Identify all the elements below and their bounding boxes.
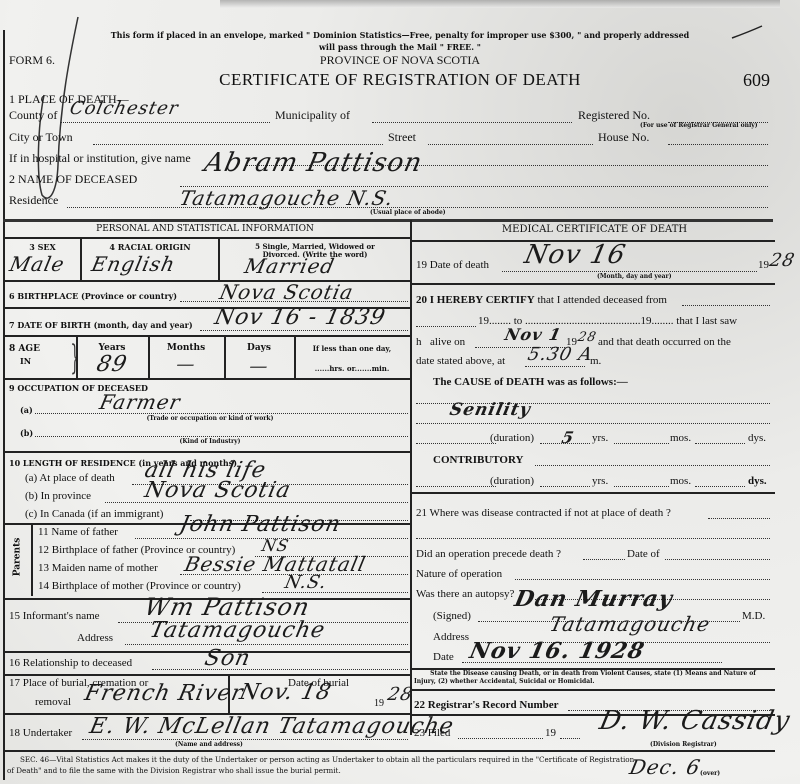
sec-46-line-2: of Death" and to file the same with the … <box>7 766 341 775</box>
father-value[interactable]: John Pattison <box>177 512 343 537</box>
mother-label: 13 Maiden name of mother <box>38 562 158 574</box>
death-date-value[interactable]: Nov 16 <box>522 240 629 270</box>
duration-dys: dys. <box>748 432 766 444</box>
street-label: Street <box>388 130 416 145</box>
occupation-a-label: (a) <box>20 405 33 415</box>
municipality-label: Municipality of <box>275 108 350 123</box>
duration-mos: mos. <box>670 432 691 444</box>
signed-label: (Signed) <box>433 610 471 622</box>
occupation-a-note: (Trade or occupation or kind of work) <box>60 415 360 422</box>
duration-value[interactable]: 5 <box>560 428 576 447</box>
less-than-day-label: If less than one day, <box>296 344 408 353</box>
sex-value[interactable]: Male <box>7 252 67 276</box>
hrs-min-label: ......hrs. or.......min. <box>296 364 408 373</box>
relationship-label: 16 Relationship to deceased <box>9 657 132 669</box>
undertaker-value[interactable]: E. W. McLellan Tatamagouche <box>87 714 456 739</box>
filed-year-prefix: 19 <box>545 727 556 739</box>
alive-suffix: and that death occurred on the <box>598 336 731 348</box>
certificate-date-label: Date <box>433 651 454 663</box>
birthplace-label: 6 BIRTHPLACE (Province or country) <box>9 291 177 301</box>
postal-note-line-2: will pass through the Mail " FREE. " <box>60 42 740 52</box>
alive-on-value[interactable]: Nov 1 <box>503 325 563 344</box>
record-number-label: 22 Registrar's Record Number <box>414 699 559 711</box>
age-label: 8 AGE <box>9 344 40 354</box>
age-months-value[interactable]: — <box>146 354 226 375</box>
certify-bold: 20 I HEREBY CERTIFY <box>416 294 535 306</box>
age-years-value[interactable]: 89 <box>73 352 150 377</box>
registrar-note: (For use of Registrar General only) <box>640 122 758 129</box>
nature-operation-label: Nature of operation <box>416 568 502 580</box>
death-date-label: 19 Date of death <box>416 259 489 271</box>
burial-place-value[interactable]: French River <box>82 681 245 706</box>
informant-label: 15 Informant's name <box>9 610 100 622</box>
page-title: CERTIFICATE OF REGISTRATION OF DEATH <box>150 70 650 90</box>
alive-prefix: h <box>416 336 422 348</box>
marital-status-value[interactable]: Married <box>242 254 337 278</box>
column-divider <box>410 220 412 735</box>
mother-value[interactable]: Bessie Mattatall <box>182 552 368 576</box>
residence-value[interactable]: Tatamagouche N.S. <box>177 186 396 210</box>
burial-date-value[interactable]: Nov. 18 <box>237 680 334 705</box>
contributory-label: CONTRIBUTORY <box>433 454 523 466</box>
disease-note-line-2: Injury, (2) whether Accidental, Suicidal… <box>414 678 594 685</box>
certificate-number: 609 <box>743 70 770 91</box>
in-canada-label: (c) In Canada (if an immigrant) <box>25 508 163 520</box>
months-label: Months <box>148 343 224 353</box>
scan-shadow <box>220 0 780 8</box>
parents-label: Parents <box>12 538 22 577</box>
in-province-label: (b) In province <box>25 490 91 502</box>
medical-heading: MEDICAL CERTIFICATE OF DEATH <box>412 224 777 235</box>
contrib-yrs: yrs. <box>592 475 608 487</box>
operation-date-label: Date of <box>627 548 660 560</box>
contrib-mos: mos. <box>670 475 691 487</box>
registrar-note: (Division Registrar) <box>650 741 717 748</box>
contrib-dys: dys. <box>748 475 767 487</box>
burial-removal-label: removal <box>35 696 71 708</box>
certify-rest: that I attended deceased from <box>535 294 667 306</box>
death-date-note: (Month, day and year) <box>597 273 672 280</box>
in-province-value[interactable]: Nova Scotia <box>142 478 293 503</box>
registrar-signature[interactable]: D. W. Cassidy <box>597 706 793 736</box>
time-value[interactable]: 5.30 A <box>526 344 595 365</box>
undertaker-label: 18 Undertaker <box>9 727 72 739</box>
county-label: County of <box>9 108 57 123</box>
age-days-value[interactable]: — <box>222 356 296 377</box>
alive-on-label: alive on <box>430 336 465 348</box>
mother-birthplace-label: 14 Birthplace of mother (Province or cou… <box>38 580 241 592</box>
days-label: Days <box>224 343 294 353</box>
city-label: City or Town <box>9 130 73 145</box>
hospital-label: If in hospital or institution, give name <box>9 151 191 166</box>
time-suffix: m. <box>590 355 601 367</box>
autopsy-label: Was there an autopsy? <box>416 588 514 600</box>
age-in-label: IN <box>20 356 31 366</box>
county-value[interactable]: Colchester <box>68 98 181 119</box>
deceased-name-label: 2 NAME OF DECEASED <box>9 172 137 187</box>
residence-note: (Usual place of abode) <box>370 209 446 216</box>
birthplace-value[interactable]: Nova Scotia <box>217 280 356 304</box>
dob-value[interactable]: Nov 16 - 1839 <box>212 305 388 330</box>
residence-label: Residence <box>9 193 58 208</box>
occupation-value[interactable]: Farmer <box>97 390 182 414</box>
md-label: M.D. <box>742 610 765 622</box>
time-label: date stated above, at <box>416 355 505 367</box>
relationship-value[interactable]: Son <box>202 646 253 671</box>
duration-label: (duration) <box>490 432 534 444</box>
alive-year-value[interactable]: 28 <box>576 330 598 345</box>
informant-value[interactable]: Wm Pattison <box>142 593 313 621</box>
burial-year-value[interactable]: 28 <box>386 684 415 705</box>
over-label: (over) <box>700 770 720 777</box>
physician-address-label: Address <box>433 631 469 643</box>
certify-statement: 20 I HEREBY CERTIFY that I attended dece… <box>416 294 667 306</box>
informant-address-label: Address <box>77 632 113 644</box>
racial-origin-value[interactable]: English <box>89 252 177 276</box>
left-border <box>3 30 5 780</box>
cause-label: The CAUSE of DEATH was as follows:— <box>433 376 628 388</box>
house-no-label: House No. <box>598 130 649 145</box>
form-number: FORM 6. <box>9 53 55 68</box>
undertaker-note: (Name and address) <box>175 741 243 748</box>
occupation-b-note: (Kind of Industry) <box>60 438 360 445</box>
certificate-date-value[interactable]: Nov 16. 1928 <box>467 638 647 664</box>
postal-note-line-1: This form if placed in an envelope, mark… <box>60 30 740 40</box>
sec-46-line-1: SEC. 46—Vital Statistics Act makes it th… <box>20 755 634 764</box>
filed-label: 23 Filed <box>414 727 450 739</box>
mother-birthplace-value[interactable]: N.S. <box>283 572 329 593</box>
duration-yrs: yrs. <box>592 432 608 444</box>
sex-label: 3 SEX <box>5 242 80 252</box>
personal-heading: PERSONAL AND STATISTICAL INFORMATION <box>5 224 405 234</box>
registered-no-label: Registered No. <box>578 108 650 123</box>
cause-value[interactable]: Senility <box>448 400 533 420</box>
contracted-label: 21 Where was disease contracted if not a… <box>416 507 671 519</box>
deceased-name-value[interactable]: Abram Pattison <box>202 148 425 178</box>
contrib-duration-label: (duration) <box>490 475 534 487</box>
physician-address-value[interactable]: Tatamagouche <box>547 612 712 636</box>
disease-note-line-1: State the Disease causing Death, or in d… <box>412 670 774 677</box>
burial-year-prefix: 19 <box>374 698 384 709</box>
at-place-label: (a) At place of death <box>25 472 115 484</box>
physician-signature[interactable]: Dan Murray <box>512 586 675 612</box>
registrar-initials: Dec. 6 <box>627 755 703 779</box>
province-name: PROVINCE OF NOVA SCOTIA <box>250 53 550 68</box>
informant-address-value[interactable]: Tatamagouche <box>147 618 327 643</box>
operation-label: Did an operation precede death ? <box>416 548 561 560</box>
occupation-b-label: (b) <box>20 428 33 438</box>
dob-label: 7 DATE OF BIRTH (month, day and year) <box>9 320 193 330</box>
racial-origin-label: 4 RACIAL ORIGIN <box>82 242 218 252</box>
death-certificate: This form if placed in an envelope, mark… <box>0 0 800 784</box>
death-year-value[interactable]: 28 <box>768 250 797 271</box>
father-label: 11 Name of father <box>38 526 118 538</box>
